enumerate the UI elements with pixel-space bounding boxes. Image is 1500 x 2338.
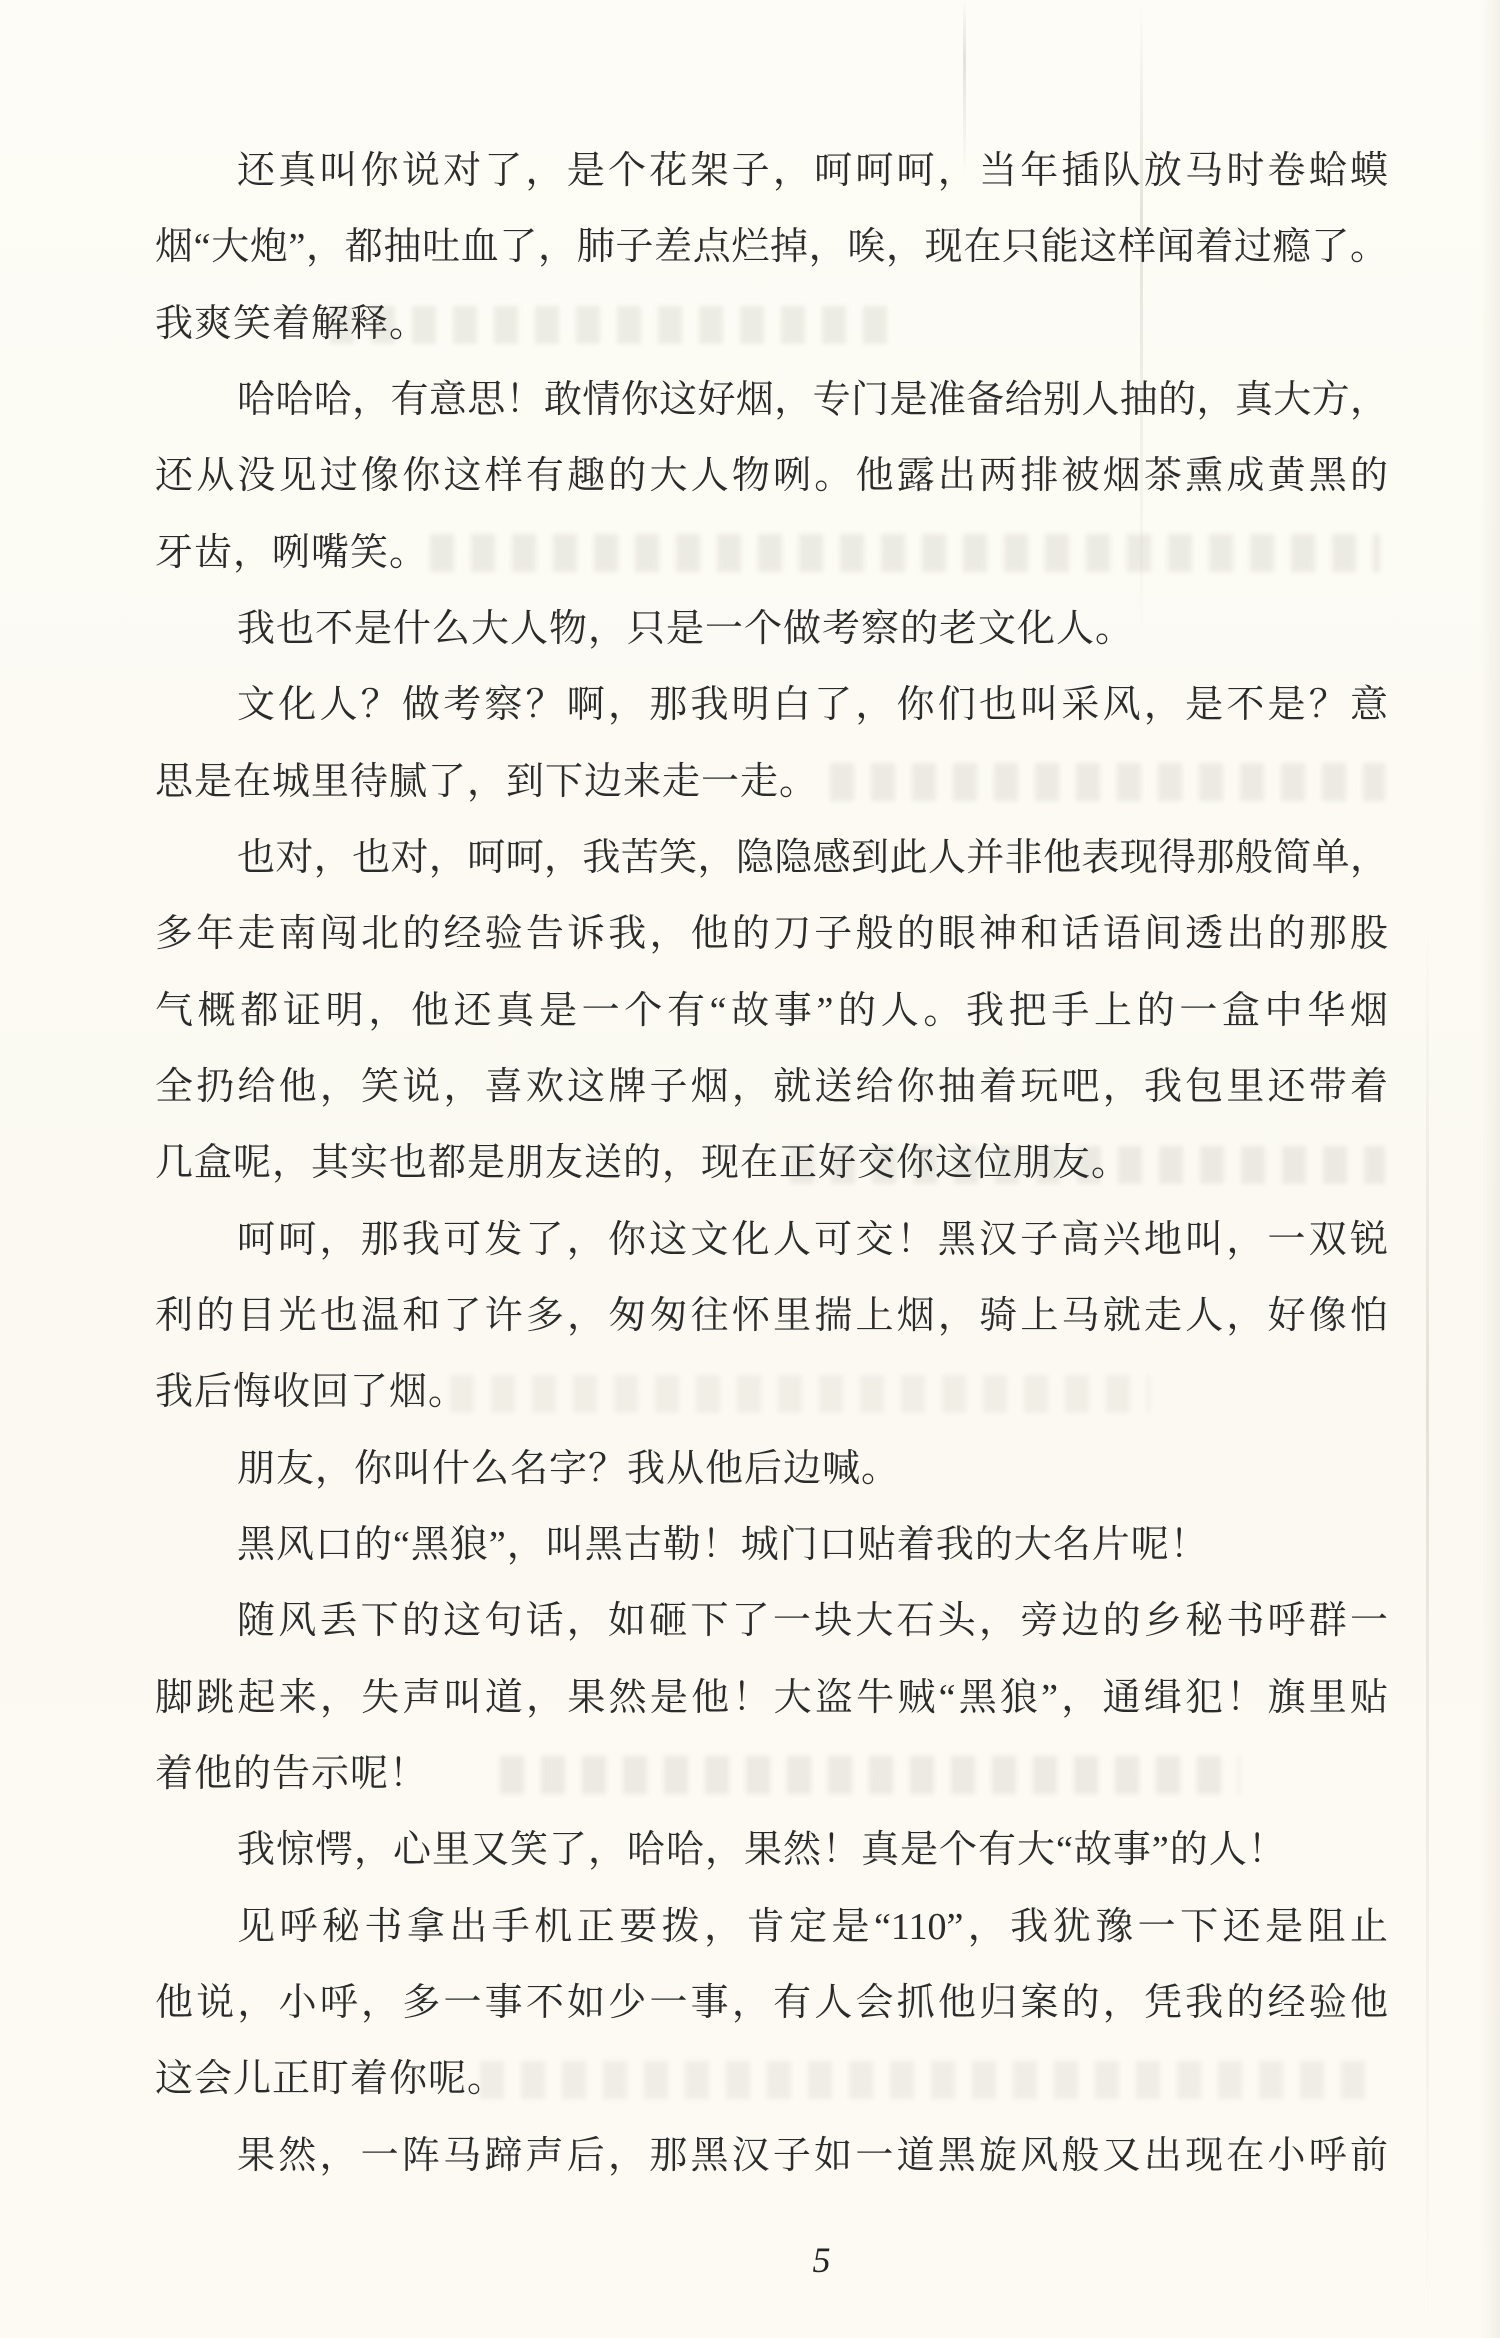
paragraph: 文化人？做考察？啊，那我明白了，你们也叫采风，是不是？意 思是在城里待腻了，到下… [155, 667, 1388, 820]
paragraph: 呵呵，那我可发了，你这文化人可交！黑汉子高兴地叫，一双锐 利的目光也温和了许多，… [155, 1202, 1388, 1431]
text-line: 还从没见过像你这样有趣的大人物咧。他露出两排被烟茶熏成黄黑的 [155, 438, 1388, 514]
text-line: 哈哈哈，有意思！敢情你这好烟，专门是准备给别人抽的，真大方， [155, 362, 1388, 438]
text-line: 利的目光也温和了许多，匆匆往怀里揣上烟，骑上马就走人，好像怕 [155, 1278, 1388, 1354]
text-line: 见呼秘书拿出手机正要拨，肯定是“110”，我犹豫一下还是阻止 [155, 1889, 1388, 1965]
paper-crease [1426, 930, 1429, 2338]
text-line: 几盒呢，其实也都是朋友送的，现在正好交你这位朋友。 [155, 1125, 1388, 1201]
paragraph: 哈哈哈，有意思！敢情你这好烟，专门是准备给别人抽的，真大方， 还从没见过像你这样… [155, 362, 1388, 591]
text-line: 还真叫你说对了，是个花架子，呵呵呵，当年插队放马时卷蛤蟆 [155, 133, 1388, 209]
text-line: 我也不是什么大人物，只是一个做考察的老文化人。 [155, 591, 1388, 667]
paragraph: 我惊愕，心里又笑了，哈哈，果然！真是个有大“故事”的人！ [155, 1812, 1388, 1888]
paragraph: 果然，一阵马蹄声后，那黑汉子如一道黑旋风般又出现在小呼前 [155, 2118, 1388, 2194]
paragraph: 还真叫你说对了，是个花架子，呵呵呵，当年插队放马时卷蛤蟆 烟“大炮”，都抽吐血了… [155, 133, 1388, 362]
scanned-book-page: 还真叫你说对了，是个花架子，呵呵呵，当年插队放马时卷蛤蟆 烟“大炮”，都抽吐血了… [0, 0, 1500, 2338]
paragraph: 黑风口的“黑狼”，叫黑古勒！城门口贴着我的大名片呢！ [155, 1507, 1388, 1583]
text-line: 我爽笑着解释。 [155, 286, 1388, 362]
paragraph: 见呼秘书拿出手机正要拨，肯定是“110”，我犹豫一下还是阻止 他说，小呼，多一事… [155, 1889, 1388, 2118]
text-line: 这会儿正盯着你呢。 [155, 2041, 1388, 2117]
text-line: 多年走南闯北的经验告诉我，他的刀子般的眼神和话语间透出的那股 [155, 896, 1388, 972]
page-edge-shading [1480, 0, 1500, 2338]
paragraph: 我也不是什么大人物，只是一个做考察的老文化人。 [155, 591, 1388, 667]
text-line: 我惊愕，心里又笑了，哈哈，果然！真是个有大“故事”的人！ [155, 1812, 1388, 1888]
text-line: 气概都证明，他还真是一个有“故事”的人。我把手上的一盒中华烟 [155, 973, 1388, 1049]
text-line: 着他的告示呢！ [155, 1736, 1388, 1812]
paragraph: 也对，也对，呵呵，我苦笑，隐隐感到此人并非他表现得那般简单， 多年走南闯北的经验… [155, 820, 1388, 1202]
page-number: 5 [205, 2236, 1438, 2284]
text-line: 他说，小呼，多一事不如少一事，有人会抓他归案的，凭我的经验他 [155, 1965, 1388, 2041]
text-line: 烟“大炮”，都抽吐血了，肺子差点烂掉，唉，现在只能这样闻着过瘾了。 [155, 209, 1388, 285]
text-line: 牙齿，咧嘴笑。 [155, 515, 1388, 591]
paragraph: 朋友，你叫什么名字？我从他后边喊。 [155, 1431, 1388, 1507]
text-line: 思是在城里待腻了，到下边来走一走。 [155, 744, 1388, 820]
text-line: 也对，也对，呵呵，我苦笑，隐隐感到此人并非他表现得那般简单， [155, 820, 1388, 896]
text-line: 全扔给他，笑说，喜欢这牌子烟，就送给你抽着玩吧，我包里还带着 [155, 1049, 1388, 1125]
page-text: 还真叫你说对了，是个花架子，呵呵呵，当年插队放马时卷蛤蟆 烟“大炮”，都抽吐血了… [155, 133, 1388, 2194]
text-line: 黑风口的“黑狼”，叫黑古勒！城门口贴着我的大名片呢！ [155, 1507, 1388, 1583]
text-line: 我后悔收回了烟。 [155, 1354, 1388, 1430]
text-line: 文化人？做考察？啊，那我明白了，你们也叫采风，是不是？意 [155, 667, 1388, 743]
text-line: 随风丢下的这句话，如砸下了一块大石头，旁边的乡秘书呼群一 [155, 1583, 1388, 1659]
paragraph: 随风丢下的这句话，如砸下了一块大石头，旁边的乡秘书呼群一 脚跳起来，失声叫道，果… [155, 1583, 1388, 1812]
text-line: 脚跳起来，失声叫道，果然是他！大盗牛贼“黑狼”，通缉犯！旗里贴 [155, 1660, 1388, 1736]
text-line: 果然，一阵马蹄声后，那黑汉子如一道黑旋风般又出现在小呼前 [155, 2118, 1388, 2194]
text-line: 呵呵，那我可发了，你这文化人可交！黑汉子高兴地叫，一双锐 [155, 1202, 1388, 1278]
text-line: 朋友，你叫什么名字？我从他后边喊。 [155, 1431, 1388, 1507]
